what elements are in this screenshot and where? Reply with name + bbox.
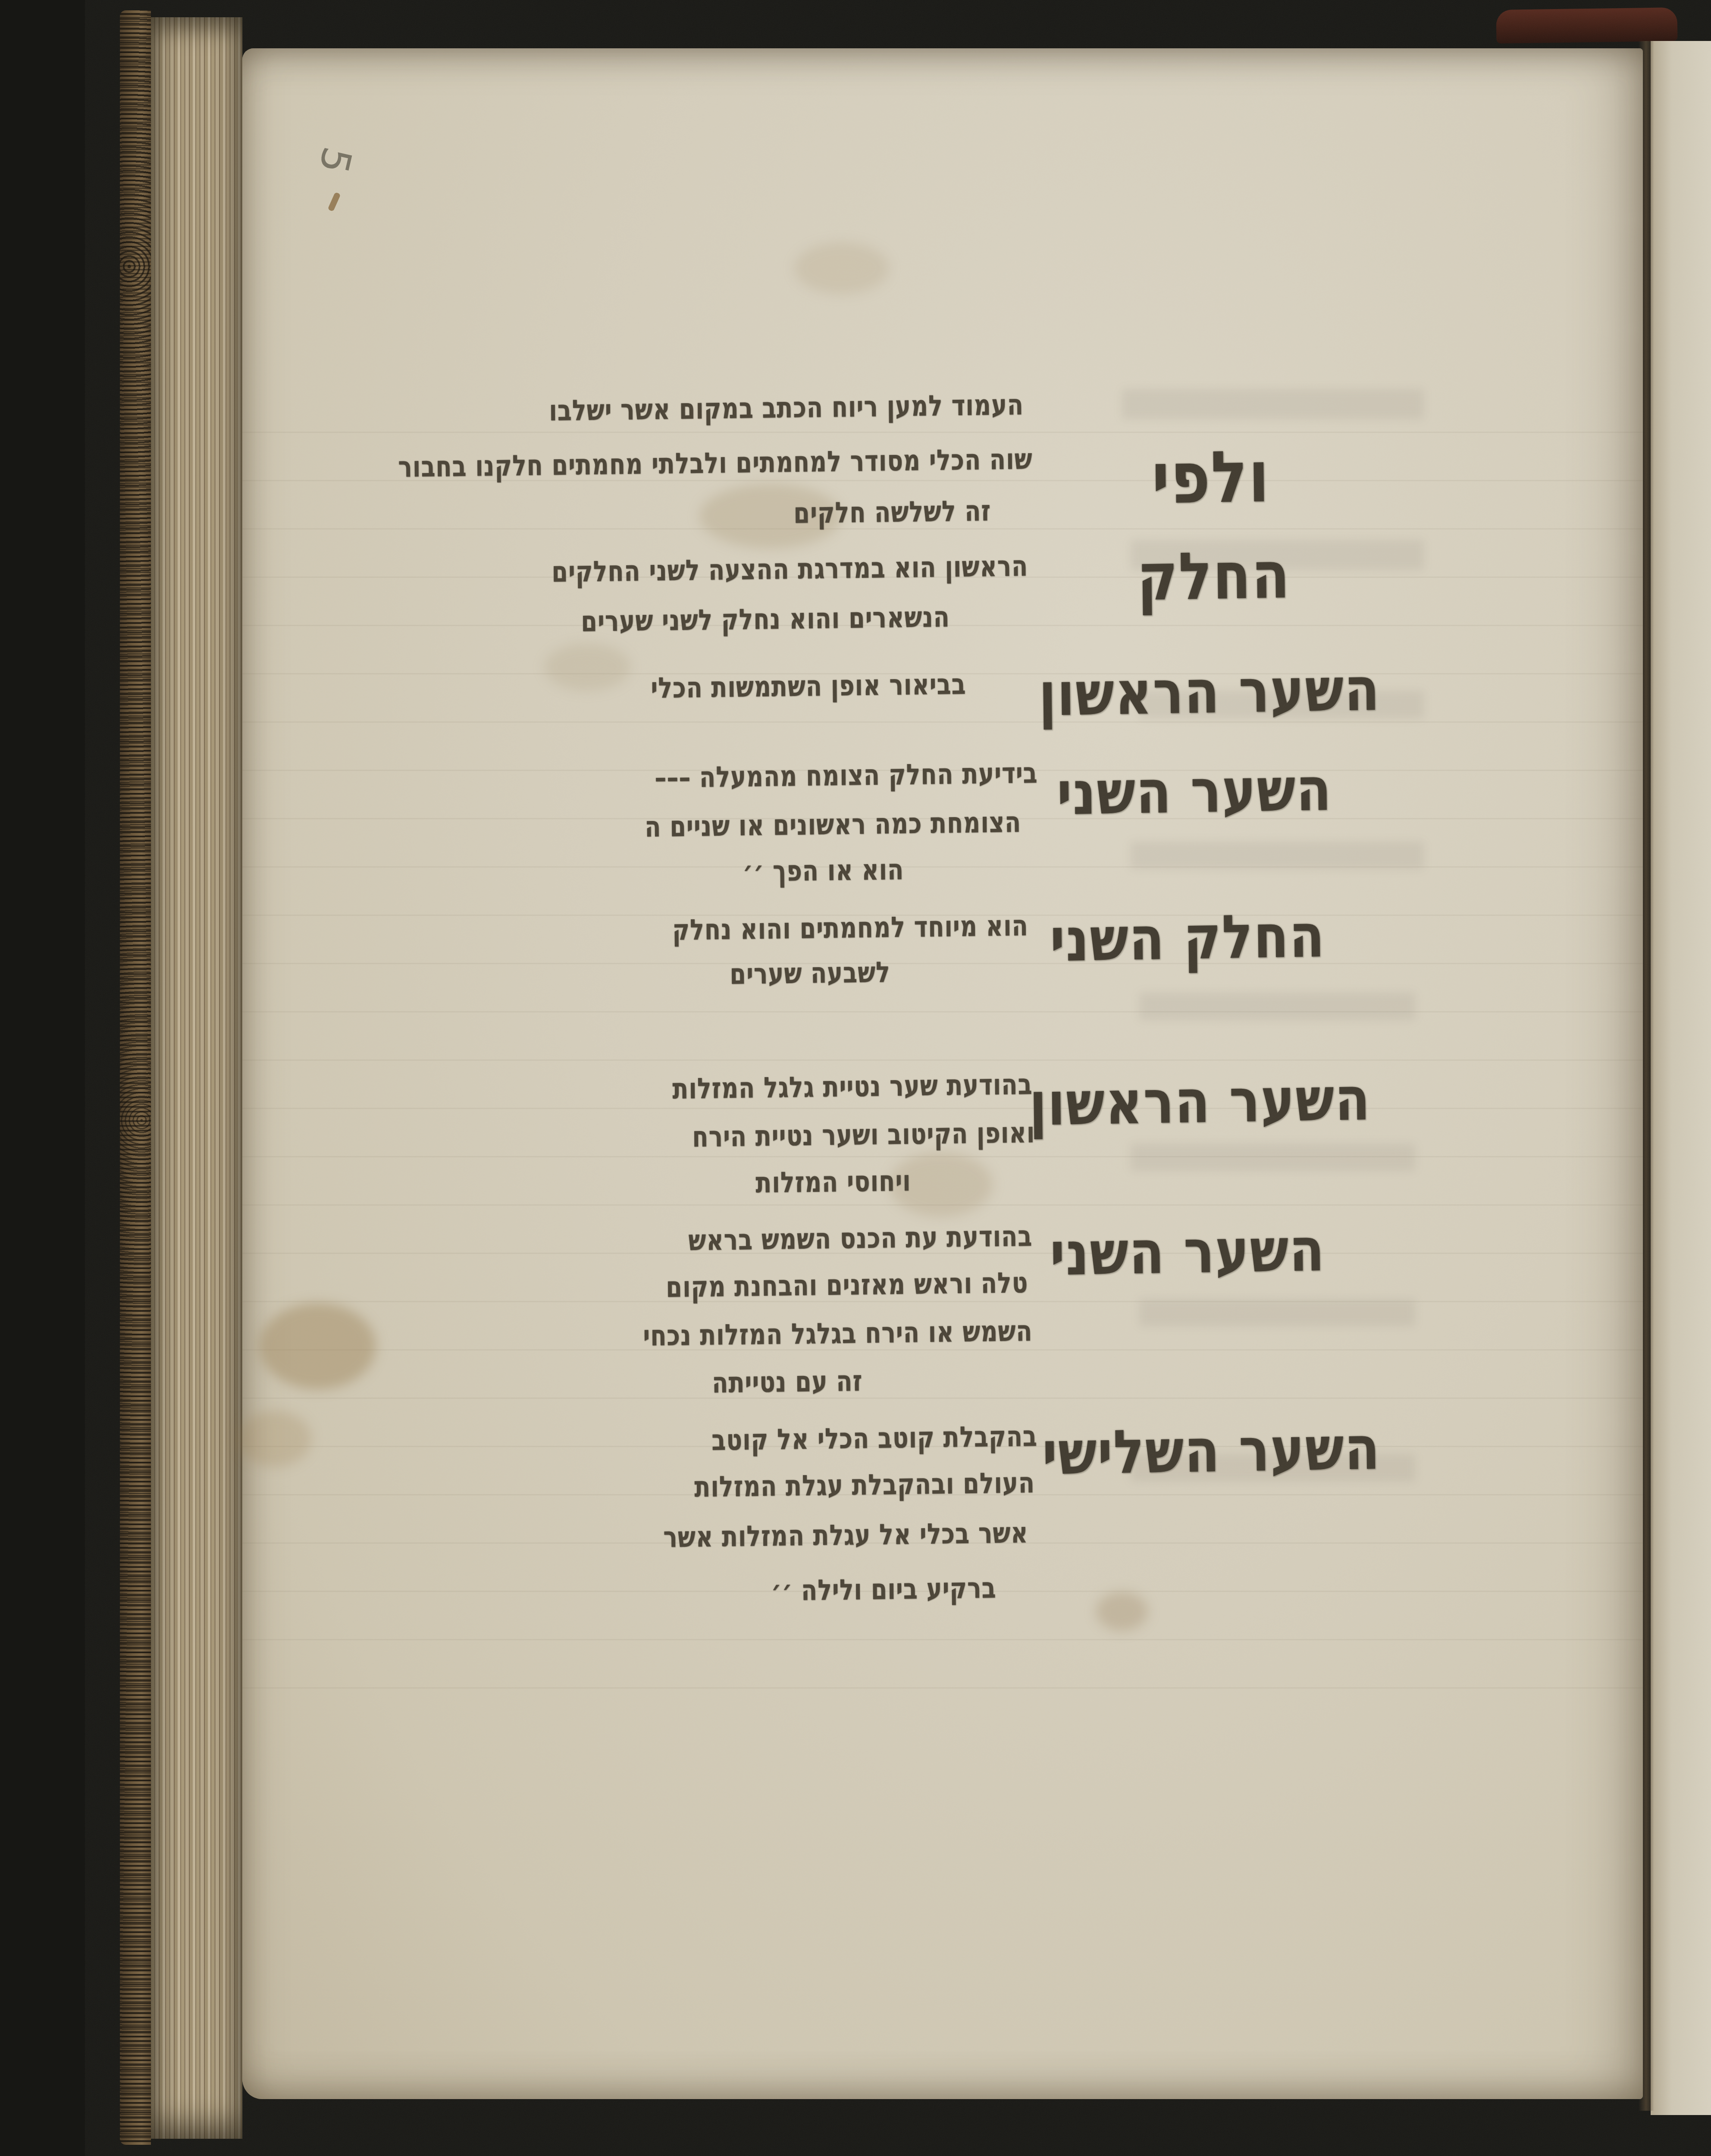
toc-line: אשר בכלי אל עגלת המזלות אשר: [663, 1516, 1028, 1554]
catchword-heading: השער השלישי: [1042, 1413, 1381, 1489]
toc-line: בידיעת החלק הצומח מהמעלה –––: [655, 756, 1038, 794]
toc-line: בביאור אופן השתמשות הכלי: [651, 667, 966, 705]
toc-line: השמש או הירח בגלגל המזלות נכחי: [643, 1314, 1033, 1352]
toc-line: זה לשלשה חלקים: [793, 494, 991, 530]
closing-line: ברקיע ביום ולילה ׳׳: [771, 1571, 997, 1608]
toc-line: שוה הכלי מסודר למחמתים ולבלתי מחמתים חלק…: [398, 442, 1033, 484]
toc-line: טלה וראש מאזנים והבחנת מקום: [666, 1266, 1028, 1304]
toc-line: הצומחת כמה ראשונים או שניים ה: [645, 805, 1021, 843]
toc-line: זה עם נטייתה: [712, 1364, 862, 1399]
catchword-heading: השער הראשון: [1029, 1063, 1371, 1139]
toc-line: הראשון הוא במדרגת ההצעה לשני החלקים: [552, 549, 1028, 589]
manuscript-photo: 5 ולפי העמוד למען ריוח הכתב במקום אשר יש…: [0, 0, 1711, 2156]
toc-line: בהודעת עת הכנס השמש בראש: [688, 1219, 1032, 1257]
toc-line: הוא או הפך ׳׳: [743, 853, 904, 888]
toc-line: העמוד למען ריוח הכתב במקום אשר ישלבו: [549, 388, 1024, 427]
toc-line: בהודעת שער נטיית גלגל המזלות: [672, 1068, 1033, 1106]
catchword-heading: השער השני: [1050, 1214, 1326, 1289]
text-layer: ולפי העמוד למען ריוח הכתב במקום אשר ישלב…: [0, 0, 1711, 2156]
toc-line: ויחוסי המזלות: [755, 1164, 911, 1199]
catchword-heading: החלק: [1137, 537, 1291, 616]
toc-line: לשבעה שערים: [730, 956, 890, 991]
catchword-heading: השער השני: [1056, 754, 1332, 828]
toc-line: בהקבלת קוטב הכלי אל קוטב: [712, 1420, 1038, 1457]
catchword-heading: ולפי: [1151, 436, 1270, 520]
toc-line: ואופן הקיטוב ושער נטיית הירח: [692, 1116, 1035, 1153]
toc-line: הוא מיוחד למחמתים והוא נחלק: [672, 909, 1028, 946]
toc-line: הנשארים והוא נחלק לשני שערים: [581, 600, 950, 638]
catchword-heading: השער הראשון: [1038, 654, 1381, 730]
catchword-heading: החלק השני: [1050, 900, 1326, 975]
toc-line: העולם ובהקבלת עגלת המזלות: [694, 1466, 1035, 1504]
